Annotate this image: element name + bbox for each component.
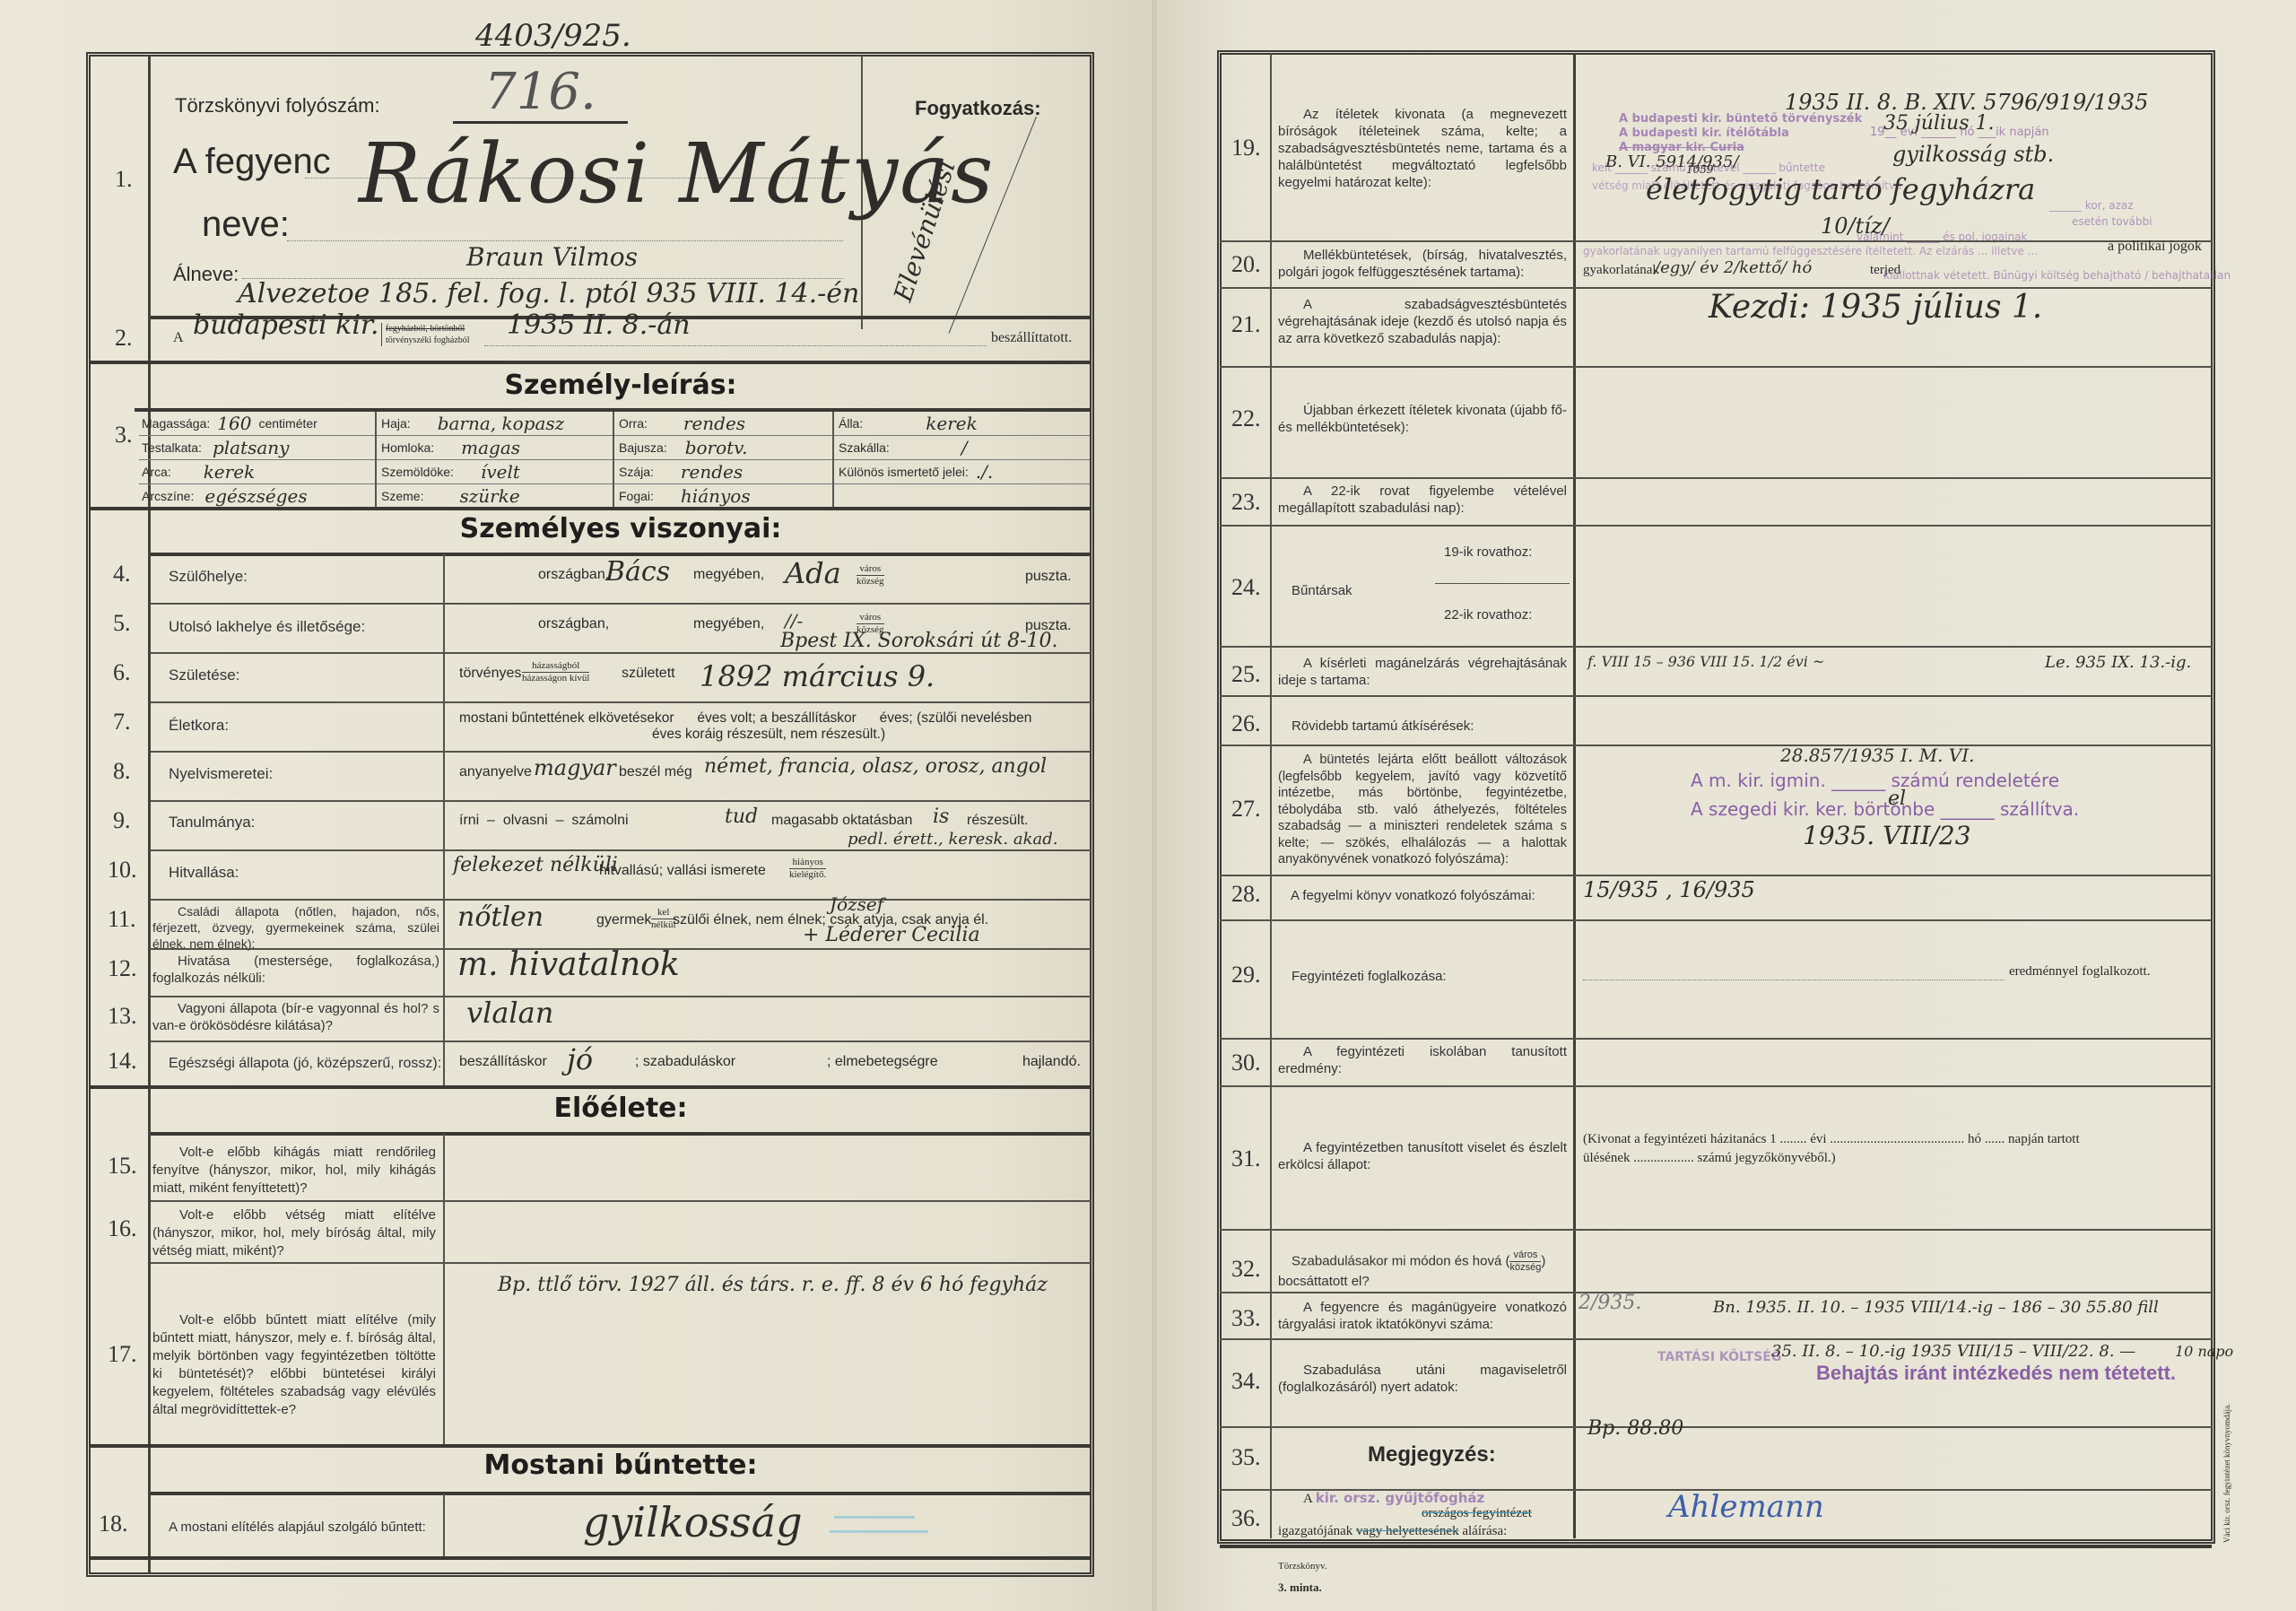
row32-label: Szabadulásakor mi módon és hová (városkö… (1291, 1250, 1545, 1274)
row29-suffix: eredménnyel foglalkozott. (2009, 964, 2150, 980)
admission-date: 1935 II. 8.-án (507, 309, 691, 341)
divider-history-top (151, 1132, 1091, 1136)
divider-row14 (90, 1085, 1091, 1089)
divider-row15 (151, 1200, 1091, 1202)
file-number: 2/935. (1578, 1292, 1641, 1314)
field-value: ívelt (481, 461, 520, 483)
divider-row8 (151, 800, 1091, 802)
prisoner-label-line1: A fegyenc (173, 142, 331, 182)
row24-sub1: 19-ik rovathoz: (1444, 543, 1532, 562)
row28-label: A fegyelmi könyv vonatkozó folyószámai: (1278, 886, 1535, 905)
row4-country-suffix: országban, (538, 567, 609, 583)
remarks-value: Bp. 88.80 (1587, 1417, 1683, 1440)
row-number-22: 22. (1231, 405, 1261, 432)
remarks-label: Megjegyzés: (1368, 1442, 1496, 1467)
row33-label: A fegyencre és magánügyeire vonatkozó tá… (1278, 1299, 1567, 1333)
solitary-confinement-value: f. VIII 15 – 936 VIII 15. 1/2 évi ~ (1587, 653, 1824, 670)
divider-row31 (1220, 1229, 2212, 1231)
divider-row13 (151, 1041, 1091, 1042)
row10-text: hitvallású; vallási ismerete (599, 863, 766, 879)
row-number-1: 1. (115, 166, 133, 193)
row-number-35: 35. (1231, 1444, 1261, 1471)
desc-field: Szája:rendes (614, 460, 832, 484)
row-number-5: 5. (113, 610, 131, 637)
frac-bottom: kielégítő. (789, 869, 826, 881)
row-number-7: 7. (113, 709, 131, 736)
transfer-stamp-value: el (1888, 788, 1906, 810)
row-number-33: 33. (1231, 1305, 1261, 1332)
row-number-2: 2. (115, 325, 133, 352)
row-number-30: 30. (1231, 1049, 1261, 1076)
divider-row22 (1220, 477, 2212, 479)
stamp-kor-line: ______ kor, azaz (2049, 199, 2134, 212)
section-current-title: Mostani bűntette: (151, 1450, 1091, 1481)
row31-line1: (Kivonat a fegyintézeti házitanács 1 ...… (1583, 1132, 2206, 1147)
right-label-column-divider (1573, 54, 1576, 1538)
row14-t4: hajlandó. (1022, 1054, 1081, 1070)
mother-name: + Léderer Cecilia (803, 924, 980, 946)
row34-label: Szabadulása utáni magaviseletről (foglal… (1278, 1362, 1567, 1396)
row26-label: Rövidebb tartamú átkísérések: (1291, 717, 1474, 736)
divider-row29 (1220, 1038, 2212, 1040)
mother-tongue: magyar (534, 755, 616, 780)
divider-row32 (1220, 1292, 2212, 1293)
education-value-1: tud (725, 805, 758, 828)
row16-label: Volt-e előbb vétség miatt elítélve (hány… (152, 1206, 436, 1260)
row2-suffix: beszállíttatott. (991, 330, 1072, 346)
sentence-start: Kezdi: 1935 július 1. (1709, 289, 2042, 326)
row8-middle: beszél még (619, 764, 692, 780)
row14-t1: beszállításkor (459, 1054, 547, 1070)
divider-row24 (1220, 646, 2212, 648)
row2-prefix: A (173, 330, 184, 346)
row36-label: A kir. orsz. gyűjtőfogház országos fegyi… (1278, 1489, 1570, 1540)
row32-place-type: városközség (1509, 1250, 1541, 1274)
verdict-crime: gyilkosság stb. (1892, 142, 2054, 167)
row4-end: puszta. (1025, 569, 1072, 585)
row36-line2: igazgatójának vagy helyettesének aláírás… (1278, 1522, 1570, 1540)
row24-label: Bűntársak (1291, 581, 1352, 600)
field-value: borotv. (685, 437, 748, 458)
divider-row33 (1220, 1338, 2212, 1340)
desc-col-4: Álla:kerek Szakálla:/ Különös ismertető … (834, 412, 1090, 508)
field-value: kerek (926, 413, 977, 434)
row14-t2: ; szabaduláskor (635, 1054, 735, 1070)
frac-top: hiányos (789, 857, 826, 869)
row-number-14: 14. (108, 1048, 137, 1075)
field-label: Fogai: (619, 489, 654, 503)
row8-prefix: anyanyelve (459, 764, 532, 780)
divider-row26 (1220, 745, 2212, 746)
row32-label-text: Szabadulásakor mi módon és hová (1291, 1253, 1501, 1268)
ledger-side-note: 10 napo (2175, 1343, 2233, 1360)
row9-label: Tanulmánya: (169, 813, 255, 832)
field-label: Bajusza: (619, 440, 667, 455)
occupation-value: m. hivatalnok (457, 946, 680, 983)
left-number-column-divider (148, 56, 151, 1573)
divider-row30 (1220, 1085, 2212, 1087)
row14-t3: ; elmebetegségre (827, 1054, 938, 1070)
row-number-3: 3. (115, 422, 133, 448)
prisoner-label-line2: neve: (202, 205, 290, 245)
frac-top: város (1509, 1250, 1541, 1262)
field-label: Haja: (381, 416, 411, 431)
row15-label: Volt-e előbb kihágás miatt rendőrileg fe… (152, 1144, 436, 1197)
divider-row10 (151, 899, 1091, 901)
sentence-value: életfogytig tartó fegyházra (1646, 172, 2035, 206)
field-value: platsany (213, 437, 290, 458)
row13-label: Vagyoni állapota (bír-e vagyonnal és hol… (152, 1000, 439, 1034)
row8-label: Nyelvismeretei: (169, 764, 273, 783)
row-number-4: 4. (113, 561, 131, 588)
divider-row17 (90, 1444, 1091, 1448)
divider-row4 (151, 603, 1091, 605)
right-number-column-divider (1270, 54, 1272, 1538)
field-value: rendes (681, 461, 743, 483)
row-number-23: 23. (1231, 489, 1261, 516)
frac-bottom: község (1509, 1262, 1541, 1274)
stamp-cost-line: kiállottnak vétetett. Bűnügyi költség be… (1883, 269, 2231, 282)
field-value: magas (461, 437, 520, 458)
row25-label: A kísérleti magánelzárás végrehajtásának… (1278, 655, 1567, 689)
education-extra: pedl. érett., keresk. akad. (848, 830, 1057, 849)
row29-label: Fegyintézeti foglalkozása: (1291, 967, 1447, 986)
form-model: 3. minta. (1278, 1581, 1322, 1595)
row20-printed-b: gyakorlatának (1583, 263, 1659, 278)
row20-label: Mellékbüntetések, (bírság, hivatalveszté… (1278, 247, 1567, 281)
birth-date: 1892 március 9. (700, 659, 935, 693)
row21-label: A szabadságvesztésbüntetés végrehajtásán… (1278, 296, 1567, 347)
field-label: Szeme: (381, 489, 423, 503)
row-number-19: 19. (1231, 135, 1261, 161)
field-label: Álla: (839, 416, 863, 431)
desc-field: Homloka:magas (377, 436, 613, 460)
director-signature: Ahlemann (1668, 1489, 1824, 1525)
verdict-case-number: B. VI. 5914/935/ (1605, 152, 1739, 171)
ministry-order-number: 28.857/1935 I. M. VI. (1780, 745, 1974, 766)
field-label: Szája: (619, 465, 654, 479)
origin-option-1: fegyházból, börtönből (386, 323, 470, 335)
stamp-line: A budapesti kir. ítélőtábla (1619, 126, 1862, 141)
row5-country-suffix: országban, (538, 616, 609, 632)
row7-line2: éves koráig részesült, nem részesült.) (652, 727, 885, 743)
field-label: Homloka: (381, 440, 434, 455)
row6-suffix: született (622, 666, 675, 682)
frac-top: város (857, 563, 884, 576)
divider-row19 (1220, 240, 2212, 242)
row-number-29: 29. (1231, 962, 1261, 988)
other-languages: német, francia, olasz, orosz, angol (704, 755, 1047, 778)
row36-label-b: igazgatójának (1278, 1524, 1352, 1538)
father-name: József (830, 893, 883, 915)
collection-stamp: Behajtás iránt intézkedés nem tétetett. (1816, 1362, 2176, 1385)
row-number-27: 27. (1231, 796, 1261, 823)
transfer-date: 1935. VIII/23 (1803, 821, 1971, 850)
divider-row27 (1220, 875, 2212, 876)
alias-value: Braun Vilmos (466, 242, 638, 272)
field-value: rendes (683, 413, 745, 434)
marital-status: nőtlen (457, 901, 544, 933)
field-value: / (961, 437, 968, 458)
desc-field: Álla:kerek (834, 412, 1090, 436)
row-number-16: 16. (108, 1215, 137, 1242)
row10-label: Hitvallása: (169, 863, 239, 882)
row23-label: A 22-ik rovat figyelembe vételével megál… (1278, 483, 1567, 517)
divider-row6 (151, 701, 1091, 703)
divider-current-top (151, 1492, 1091, 1495)
row-number-9: 9. (113, 807, 131, 834)
stamp-further-line: esetén további (2072, 215, 2152, 228)
sentence-years: 10/tíz/ (1821, 213, 1890, 239)
row-number-36: 36. (1231, 1505, 1261, 1532)
desc-col-1: Magassága:160centiméter Testalkata:plats… (139, 412, 377, 508)
divider-row23 (1220, 525, 2212, 527)
disciplinary-numbers: 15/935 , 16/935 (1583, 877, 1755, 902)
struck-institution: országos fegyintézet (1422, 1506, 1532, 1520)
desc-field: Arca:kerek (139, 460, 375, 484)
row9-middle: magasabb oktatásban (771, 813, 912, 829)
row-number-6: 6. (113, 659, 131, 686)
alias-note: Alvezetoe 185. fel. fog. l. ptól 935 VII… (238, 278, 859, 309)
ministry-order-stamp: A m. kir. igmin. ______ számú rendeletér… (1691, 770, 2059, 791)
row4-county-suffix: megyében, (693, 567, 764, 583)
row5-label: Utolsó lakhelye és illetősége: (169, 617, 365, 636)
row32-label-end: bocsáttatott el? (1278, 1272, 1370, 1291)
desc-field: Haja:barna, kopasz (377, 412, 613, 436)
desc-col-3: Orra:rendes Bajusza:borotv. Szája:rendes… (614, 412, 834, 508)
row36-label-a: A (1303, 1492, 1312, 1506)
accessory-penalty-value: /egy/ év 2/kettő/ hó (1655, 258, 1812, 277)
field-label: Magassága: (142, 416, 210, 431)
row-number-12: 12. (108, 955, 137, 982)
divider-row36 (1220, 1545, 2212, 1548)
row-number-18: 18. (99, 1511, 128, 1537)
court-stamp: A budapesti kir. büntető törvényszék A b… (1619, 112, 1862, 155)
stamp-suspension-line: gyakorlatának ugyanilyen tartamú felfügg… (1583, 245, 2038, 257)
teal-strike-2 (830, 1530, 928, 1533)
printer-imprint: Váci kir. orsz. fegyintézet könyvnyomdáj… (2222, 1404, 2231, 1543)
desc-field: Orra:rendes (614, 412, 832, 436)
prior-conviction: Bp. ttlő törv. 1927 áll. és társ. r. e. … (498, 1272, 1117, 1299)
row6-birth-type: házasságbólházasságon kívül (522, 660, 589, 684)
row4-county: Bács (605, 556, 670, 588)
desc-field: Bajusza:borotv. (614, 436, 832, 460)
field-value: egészséges (204, 485, 307, 507)
row-number-15: 15. (108, 1153, 137, 1180)
frac-top: házasságból (522, 660, 589, 673)
row-number-32: 32. (1231, 1256, 1261, 1283)
frac-bottom: község (857, 576, 884, 588)
field-label: Arcszíne: (142, 489, 194, 503)
description-grid: Magassága:160centiméter Testalkata:plats… (139, 412, 1090, 505)
row14-label: Egészségi állapota (jó, középszerű, ross… (169, 1054, 441, 1073)
row29-dotted-line (1583, 980, 2005, 980)
row12-label: Hivatása (mestersége, foglalkozása,) fog… (152, 953, 439, 987)
row9-text: írni – olvasni – számolni (459, 813, 629, 829)
divider-row7 (151, 751, 1091, 753)
desc-field: Arcszíne:egészséges (139, 484, 375, 508)
row27-label: A büntetés lejárta előtt beállott változ… (1278, 752, 1567, 868)
row-number-11: 11. (108, 906, 136, 933)
frac-bottom: házasságon kívül (522, 673, 589, 684)
section-history-title: Előélete: (151, 1093, 1091, 1124)
row-number-8: 8. (113, 758, 131, 785)
row5-address: Bpest IX. Soroksári út 8-10. (780, 630, 1058, 652)
divider-row5 (151, 652, 1091, 654)
row-number-24: 24. (1231, 574, 1261, 601)
row6-prefix: törvényes (459, 666, 521, 682)
row10-knowledge-type: hiányoskielégítő. (789, 857, 826, 881)
row36-label-c: aláírása: (1462, 1524, 1507, 1538)
row-number-21: 21. (1231, 311, 1261, 338)
field-label: Arca: (142, 465, 171, 479)
row31-line2: ülésének .................. számú jegyző… (1583, 1151, 1836, 1166)
row4-label: Szülőhelye: (169, 567, 248, 586)
row-number-25: 25. (1231, 661, 1261, 688)
desc-field-empty (834, 484, 1090, 508)
verdict-date-number: 1935 II. 8. B. XIV. 5796/919/1935 (1785, 90, 2148, 115)
archive-number: 4403/925. (475, 18, 631, 54)
row19-label: Az ítéletek kivonata (a megnevezett bíró… (1278, 106, 1567, 191)
row11-text1: gyermek (596, 912, 651, 928)
desc-field: Fogai:hiányos (614, 484, 832, 508)
row7-line1: mostani bűntettének elkövetésekor éves v… (459, 710, 1087, 727)
row-number-34: 34. (1231, 1368, 1261, 1395)
field-unit: centiméter (258, 416, 317, 431)
field-label: Szemöldöke: (381, 465, 454, 479)
divider-row2 (90, 361, 1091, 364)
row6-label: Születése: (169, 666, 239, 684)
desc-field: Szakálla:/ (834, 436, 1090, 460)
name-dotted-line-2 (287, 240, 843, 241)
row-number-10: 10. (108, 857, 137, 884)
prison-stamp: kir. orsz. gyűjtőfogház (1316, 1490, 1485, 1506)
field-value: ./. (976, 461, 993, 483)
divider-description-bottom (90, 507, 1091, 510)
row4-town-type: városközség (857, 563, 884, 588)
field-label: Különös ismertető jelei: (839, 465, 969, 479)
defect-label: Fogyatkozás: (915, 97, 1041, 120)
desc-field: Testalkata:platsany (139, 436, 375, 460)
divider-row12 (151, 996, 1091, 997)
current-crime: gyilkosság (583, 1498, 803, 1546)
divider-row34 (1220, 1426, 2212, 1428)
desc-col-2: Haja:barna, kopasz Homloka:magas Szemöld… (377, 412, 614, 508)
history-column-divider (443, 1134, 445, 1444)
row17-label: Volt-e előbb bűntett miatt elítélve (mil… (152, 1311, 436, 1419)
row24-sub2: 22-ik rovathoz: (1444, 605, 1532, 624)
desc-field: Szeme:szürke (377, 484, 613, 508)
section-description-title: Személy-leírás: (151, 370, 1091, 401)
section-personal-title: Személyes viszonyai: (151, 513, 1091, 544)
solitary-confinement-end: Le. 935 IX. 13.-ig. (2045, 653, 2191, 672)
row7-label: Életkora: (169, 716, 229, 735)
divider-row28 (1220, 919, 2212, 921)
maintenance-cost-stamp: TARTÁSI KÖLTSÉG (1657, 1350, 1781, 1364)
desc-field: Különös ismertető jelei:./. (834, 460, 1090, 484)
row5-county-suffix: megyében, (693, 616, 764, 632)
religion-value: felekezet nélküli (453, 854, 618, 876)
field-value: hiányos (681, 485, 751, 507)
row5-town: //- (785, 610, 803, 631)
field-label: Szakálla: (839, 440, 890, 455)
desc-field: Magassága:160centiméter (139, 412, 375, 436)
row31-label: A fegyintézetben tanusított viselet és é… (1278, 1139, 1567, 1173)
ledger-line-1: Bn. 1935. II. 10. – 1935 VIII/14.-ig – 1… (1713, 1298, 2159, 1317)
field-label: Testalkata: (142, 440, 202, 455)
divider-row18 (90, 1556, 1091, 1560)
alias-label: Álneve: (173, 263, 239, 286)
current-column-divider (443, 1493, 445, 1556)
property-value: vlalan (466, 996, 553, 1030)
origin-option-2: törvényszéki fogházból (386, 335, 470, 346)
row-number-26: 26. (1231, 710, 1261, 737)
teal-strike-1 (834, 1516, 915, 1519)
row18-label: A mostani elítélés alapjául szolgáló bűn… (169, 1518, 426, 1537)
row9-suffix: részesült. (967, 813, 1028, 829)
origin-options: fegyházból, börtönből törvényszéki foghá… (381, 323, 470, 346)
row-number-28: 28. (1231, 881, 1261, 908)
origin-court: budapesti kir. (193, 309, 379, 341)
transfer-stamp: A szegedi kir. ker. börtönbe ______ szál… (1691, 798, 2079, 820)
form-footer: Törzskönyv. (1278, 1561, 1327, 1572)
field-label: Orra: (619, 416, 648, 431)
row-number-13: 13. (108, 1003, 137, 1030)
field-value: szürke (459, 485, 519, 507)
row24-sub-divider (1435, 583, 1570, 584)
field-value: barna, kopasz (438, 413, 565, 434)
register-label: Törzskönyvi folyószám: (175, 94, 380, 118)
row2-dotted-line (484, 345, 987, 346)
row30-label: A fegyintézeti iskolában tanusított ered… (1278, 1043, 1567, 1077)
prisoner-name: Rákosi Mátyás (359, 126, 995, 222)
personal-column-divider (443, 554, 445, 1087)
row-number-20: 20. (1231, 251, 1261, 278)
row11-label: Családi állapota (nőtlen, hajadon, nős, … (152, 903, 439, 952)
book-gutter (1152, 0, 1157, 1611)
desc-field: Szemöldöke:ívelt (377, 460, 613, 484)
row-number-17: 17. (108, 1341, 137, 1368)
struck-deputy: vagy helyettesének (1356, 1524, 1459, 1538)
education-value-2: is (933, 805, 949, 828)
register-value: 716. (453, 63, 628, 124)
field-value: kerek (204, 461, 255, 483)
divider-row25 (1220, 695, 2212, 697)
row20-printed-a: a politikai jogok (2108, 239, 2202, 255)
divider-row9 (151, 849, 1091, 851)
row4-town: Ada (785, 556, 841, 590)
health-value: jó (567, 1042, 593, 1076)
verdict-final-date: 35 július 1. (1883, 112, 1995, 135)
divider-row21 (1220, 366, 2212, 368)
divider-row16 (151, 1262, 1091, 1264)
field-value: 160 (217, 413, 251, 434)
row-number-31: 31. (1231, 1145, 1261, 1172)
row22-label: Újabban érkezett ítéletek kivonata (újab… (1278, 402, 1567, 436)
ledger-line-2: 35. II. 8. – 10.-ig 1935 VIII/15 – VIII/… (1771, 1342, 2135, 1361)
frac-top: város (857, 612, 884, 624)
